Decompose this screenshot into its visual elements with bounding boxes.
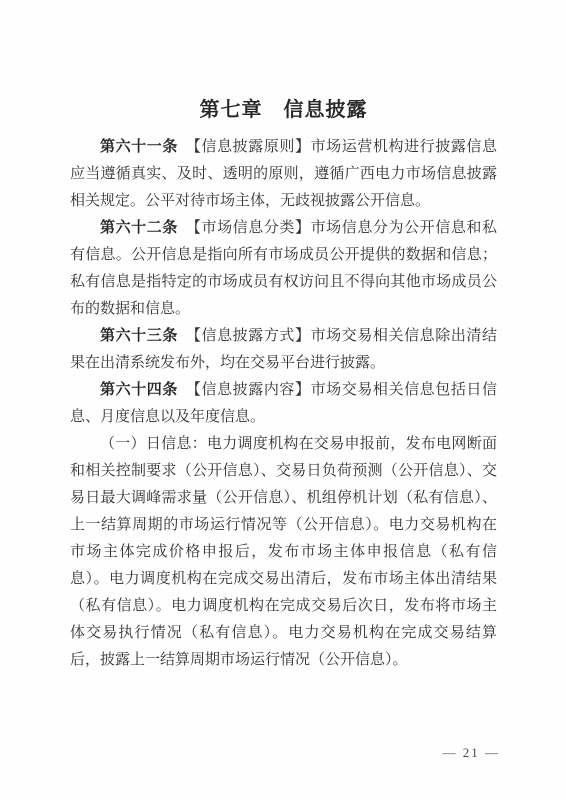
page-number: — 21 — [443, 744, 501, 762]
paragraph-item-1-daily-info: （一）日信息：电力调度机构在交易申报前，发布电网断面和相关控制要求（公开信息）、… [70, 431, 497, 674]
chapter-title: 第七章 信息披露 [70, 97, 497, 124]
article-61-number: 第六十一条 [100, 139, 178, 155]
page-content: 第七章 信息披露 第六十一条【信息披露原则】市场运营机构进行披露信息应当遵循真实… [70, 97, 497, 674]
item-1-text: （一）日信息：电力调度机构在交易申报前，发布电网断面和相关控制要求（公开信息）、… [70, 436, 497, 668]
paragraph-article-63: 第六十三条【信息披露方式】市场交易相关信息除出清结果在出清系统发布外，均在交易平… [70, 323, 497, 377]
paragraph-article-61: 第六十一条【信息披露原则】市场运营机构进行披露信息应当遵循真实、及时、透明的原则… [70, 134, 497, 215]
article-62-number: 第六十二条 [100, 220, 178, 236]
paragraph-article-62: 第六十二条【市场信息分类】市场信息分为公开信息和私有信息。公开信息是指向所有市场… [70, 215, 497, 323]
article-63-number: 第六十三条 [100, 328, 178, 344]
article-64-number: 第六十四条 [100, 382, 178, 398]
document-page: 第七章 信息披露 第六十一条【信息披露原则】市场运营机构进行披露信息应当遵循真实… [0, 0, 566, 800]
paragraph-article-64: 第六十四条【信息披露内容】市场交易相关信息包括日信息、月度信息以及年度信息。 [70, 377, 497, 431]
